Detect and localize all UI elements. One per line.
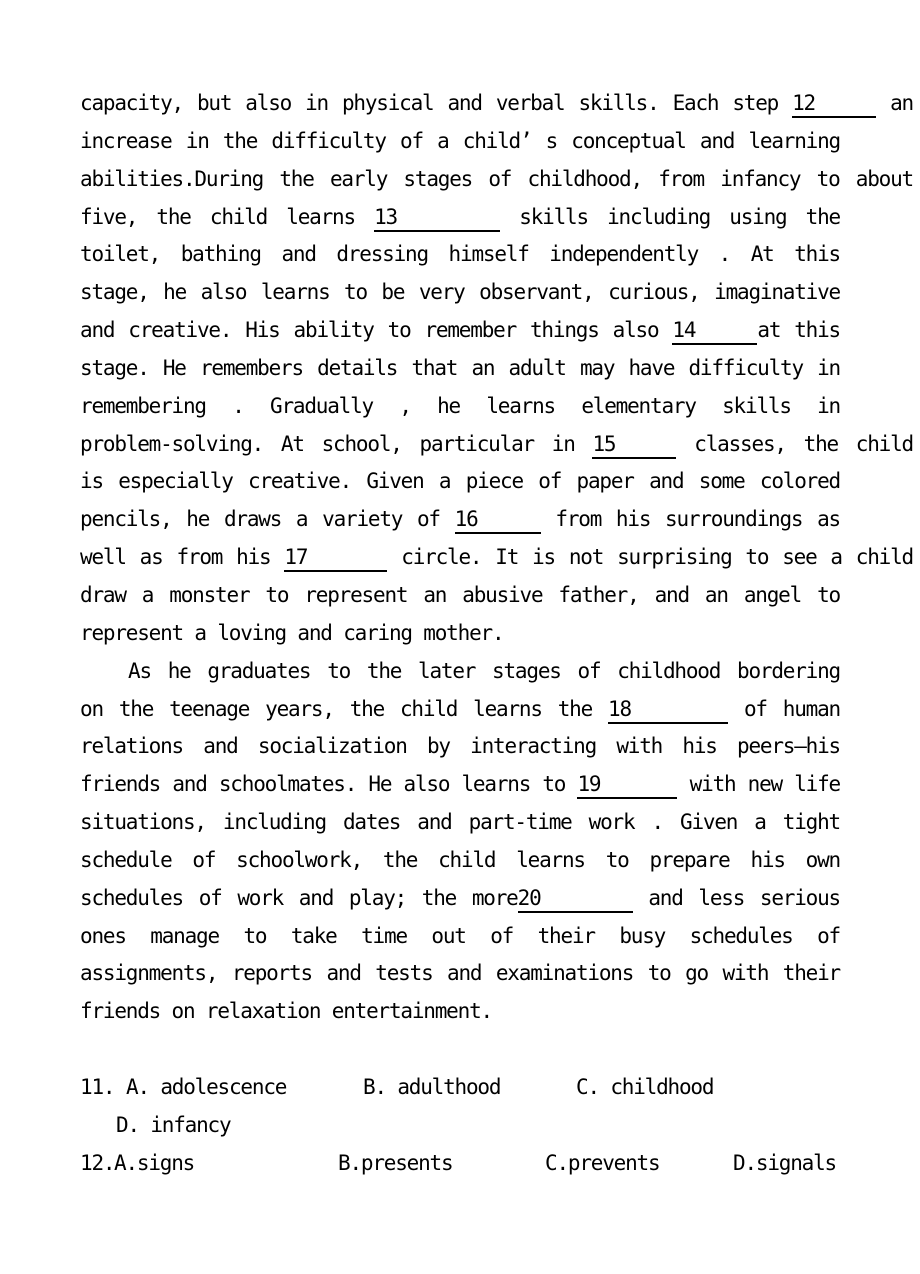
answer-option: A.signs xyxy=(114,1145,194,1183)
passage-text: at this xyxy=(757,318,840,342)
passage-text: well as from his xyxy=(80,545,284,569)
document-page: capacity, but also in physical and verba… xyxy=(0,0,920,1274)
passage-text: ones manage to take time out of their bu… xyxy=(80,924,840,948)
cloze-blank-19: 19 xyxy=(577,771,677,799)
question-row: D. infancy xyxy=(80,1107,920,1145)
passage-text: on the teenage years, the child learns t… xyxy=(80,697,608,721)
answer-option: A. adolescence xyxy=(126,1069,286,1107)
passage-text: circle. It is not surprising to see a ch… xyxy=(387,545,913,569)
passage-line: schedule of schoolwork, the child learns… xyxy=(80,842,840,880)
passage-line: stage, he also learns to be very observa… xyxy=(80,274,840,312)
passage-line: stage. He remembers details that an adul… xyxy=(80,350,840,388)
question-number: 11. xyxy=(80,1069,114,1107)
passage-line: situations, including dates and part-tim… xyxy=(80,804,840,842)
passage-line: relations and socialization by interacti… xyxy=(80,728,840,766)
passage-line: and creative. His ability to remember th… xyxy=(80,312,840,350)
cloze-blank-12: 12 xyxy=(792,90,876,118)
passage-line: pencils, he draws a variety of 16 from h… xyxy=(80,501,840,539)
passage-text: five, the child learns xyxy=(80,205,374,229)
passage-text: remembering . Gradually , he learns elem… xyxy=(80,394,840,418)
passage-text: draw a monster to represent an abusive f… xyxy=(80,583,840,607)
passage-line: well as from his 17 circle. It is not su… xyxy=(80,539,913,577)
passage-text: relations and socialization by interacti… xyxy=(80,734,840,758)
cloze-blank-20: 20 xyxy=(518,885,633,913)
passage-text: stage. He remembers details that an adul… xyxy=(80,356,840,380)
passage-text: pencils, he draws a variety of xyxy=(80,507,455,531)
passage-text: an xyxy=(876,91,913,115)
answer-option: C.prevents xyxy=(545,1145,659,1183)
passage-text: and less serious xyxy=(633,886,840,910)
passage-text: classes, the child xyxy=(676,432,913,456)
answer-option: D. infancy xyxy=(116,1107,230,1145)
passage-line: schedules of work and play; the more20 a… xyxy=(80,880,840,918)
passage-line: toilet, bathing and dressing himself ind… xyxy=(80,236,840,274)
cloze-blank-17: 17 xyxy=(284,544,387,572)
passage-text: stage, he also learns to be very observa… xyxy=(80,280,840,304)
passage-line: increase in the difficulty of a child’ s… xyxy=(80,123,840,161)
passage-text: increase in the difficulty of a child’ s… xyxy=(80,129,840,153)
passage-text: friends and schoolmates. He also learns … xyxy=(80,772,577,796)
passage-text: problem-solving. At school, particular i… xyxy=(80,432,592,456)
passage-line: assignments, reports and tests and exami… xyxy=(80,955,840,993)
passage-text: and creative. His ability to remember th… xyxy=(80,318,672,342)
cloze-blank-16: 16 xyxy=(455,506,541,534)
passage-text: represent a loving and caring mother. xyxy=(80,621,503,645)
passage-line: friends and schoolmates. He also learns … xyxy=(80,766,840,804)
cloze-blank-14: 14 xyxy=(672,317,757,345)
passage-line: five, the child learns 13 skills includi… xyxy=(80,199,840,237)
answer-option: B.presents xyxy=(338,1145,452,1183)
passage-text: assignments, reports and tests and exami… xyxy=(80,961,840,985)
cloze-blank-18: 18 xyxy=(608,696,728,724)
passage-text: situations, including dates and part-tim… xyxy=(80,810,840,834)
blank-row xyxy=(80,1031,840,1069)
passage-line: is especially creative. Given a piece of… xyxy=(80,463,840,501)
passage-line: friends on relaxation entertainment. xyxy=(80,993,840,1031)
passage-text: with new life xyxy=(677,772,840,796)
answer-option: D.signals xyxy=(733,1145,836,1183)
passage-line: represent a loving and caring mother. xyxy=(80,615,840,653)
passage-line: ones manage to take time out of their bu… xyxy=(80,918,840,956)
questions-section: 11.A. adolescenceB. adulthoodC. childhoo… xyxy=(80,1069,920,1183)
passage-text: friends on relaxation entertainment. xyxy=(80,999,492,1023)
question-row: 12.A.signsB.presentsC.preventsD.signals xyxy=(80,1145,920,1183)
question-number: 12. xyxy=(80,1145,114,1183)
cloze-blank-15: 15 xyxy=(592,431,676,459)
passage-line: on the teenage years, the child learns t… xyxy=(80,691,840,729)
passage-text: is especially creative. Given a piece of… xyxy=(80,469,840,493)
passage-line: capacity, but also in physical and verba… xyxy=(80,85,913,123)
passage-line: remembering . Gradually , he learns elem… xyxy=(80,388,840,426)
passage-text: of human xyxy=(728,697,840,721)
passage-text: from his surroundings as xyxy=(541,507,840,531)
passage-text: abilities.During the early stages of chi… xyxy=(80,167,913,191)
cloze-passage: capacity, but also in physical and verba… xyxy=(80,85,920,1031)
passage-text: capacity, but also in physical and verba… xyxy=(80,91,792,115)
passage-line: problem-solving. At school, particular i… xyxy=(80,426,913,464)
passage-text: toilet, bathing and dressing himself ind… xyxy=(80,242,840,266)
passage-text: schedule of schoolwork, the child learns… xyxy=(80,848,840,872)
cloze-blank-13: 13 xyxy=(374,204,500,232)
question-row: 11.A. adolescenceB. adulthoodC. childhoo… xyxy=(80,1069,920,1107)
passage-line: As he graduates to the later stages of c… xyxy=(80,653,840,691)
passage-text: As he graduates to the later stages of c… xyxy=(128,659,840,683)
passage-line: abilities.During the early stages of chi… xyxy=(80,161,913,199)
answer-option: C. childhood xyxy=(576,1069,713,1107)
passage-text: skills including using the xyxy=(500,205,840,229)
passage-line: draw a monster to represent an abusive f… xyxy=(80,577,840,615)
passage-text: schedules of work and play; the more xyxy=(80,886,518,910)
answer-option: B. adulthood xyxy=(363,1069,500,1107)
